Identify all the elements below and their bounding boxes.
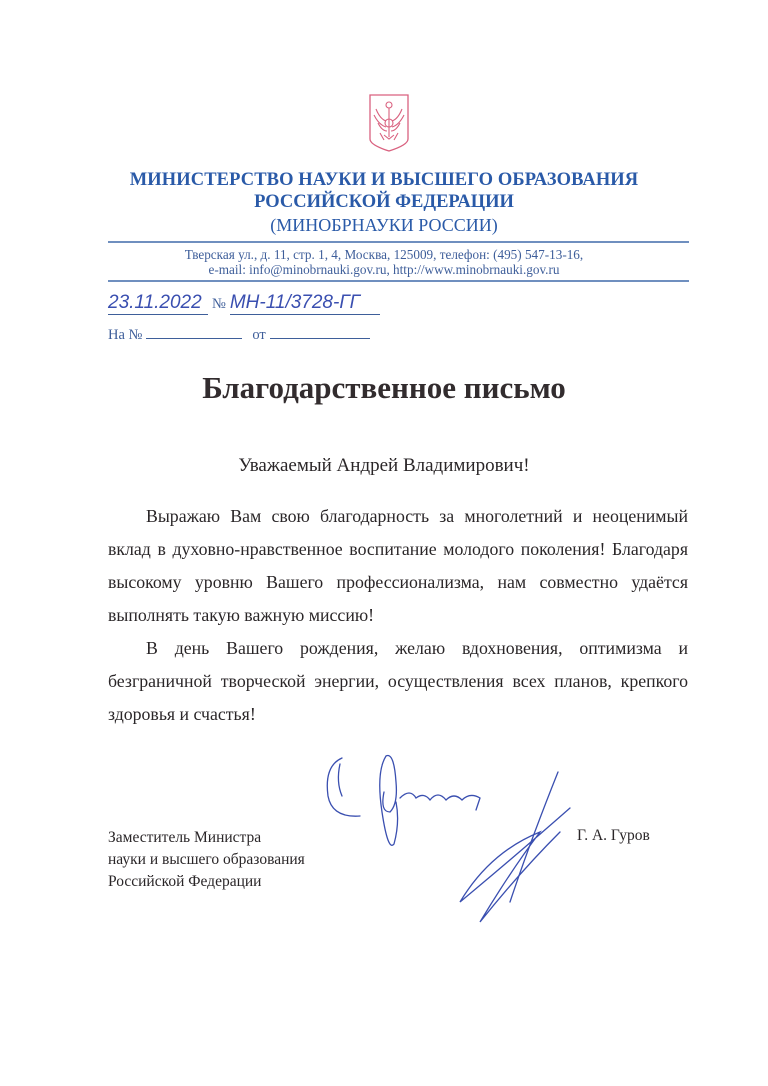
position-line2: науки и высшего образования	[108, 849, 305, 871]
reply-number-field	[146, 326, 242, 339]
registration-line: 23.11.2022 № МН-11/3728-ГГ	[108, 292, 408, 315]
signer-name: Г. А. Гуров	[577, 827, 650, 845]
registration-number: МН-11/3728-ГГ	[230, 292, 380, 315]
address-line1: Тверская ул., д. 11, стр. 1, 4, Москва, …	[0, 247, 768, 262]
from-label: от	[252, 327, 265, 343]
contact-line: e-mail: info@minobrnauki.gov.ru, http://…	[0, 262, 768, 277]
reply-line: На № от	[108, 326, 370, 344]
coat-of-arms-icon	[368, 93, 410, 153]
number-label: №	[212, 296, 226, 312]
paragraph-2: В день Вашего рождения, желаю вдохновени…	[108, 632, 688, 731]
ministry-name-line2: РОССИЙСКОЙ ФЕДЕРАЦИИ	[0, 192, 768, 213]
ministry-short-name: (МИНОБРНАУКИ РОССИИ)	[0, 215, 768, 236]
header-divider-bottom	[108, 280, 689, 282]
from-date-field	[270, 326, 370, 339]
header-divider-top	[108, 241, 689, 243]
reply-label: На №	[108, 327, 142, 343]
signer-position: Заместитель Министра науки и высшего обр…	[108, 827, 305, 893]
position-line1: Заместитель Министра	[108, 827, 305, 849]
letter-title: Благодарственное письмо	[0, 370, 768, 406]
paragraph-1: Выражаю Вам свою благодарность за многол…	[108, 500, 688, 632]
greeting: Уважаемый Андрей Владимирович!	[0, 455, 768, 477]
handwritten-signature: С уважением,	[320, 752, 600, 932]
registration-date: 23.11.2022	[108, 292, 208, 315]
ministry-name-line1: МИНИСТЕРСТВО НАУКИ И ВЫСШЕГО ОБРАЗОВАНИЯ	[0, 170, 768, 191]
position-line3: Российской Федерации	[108, 871, 305, 893]
